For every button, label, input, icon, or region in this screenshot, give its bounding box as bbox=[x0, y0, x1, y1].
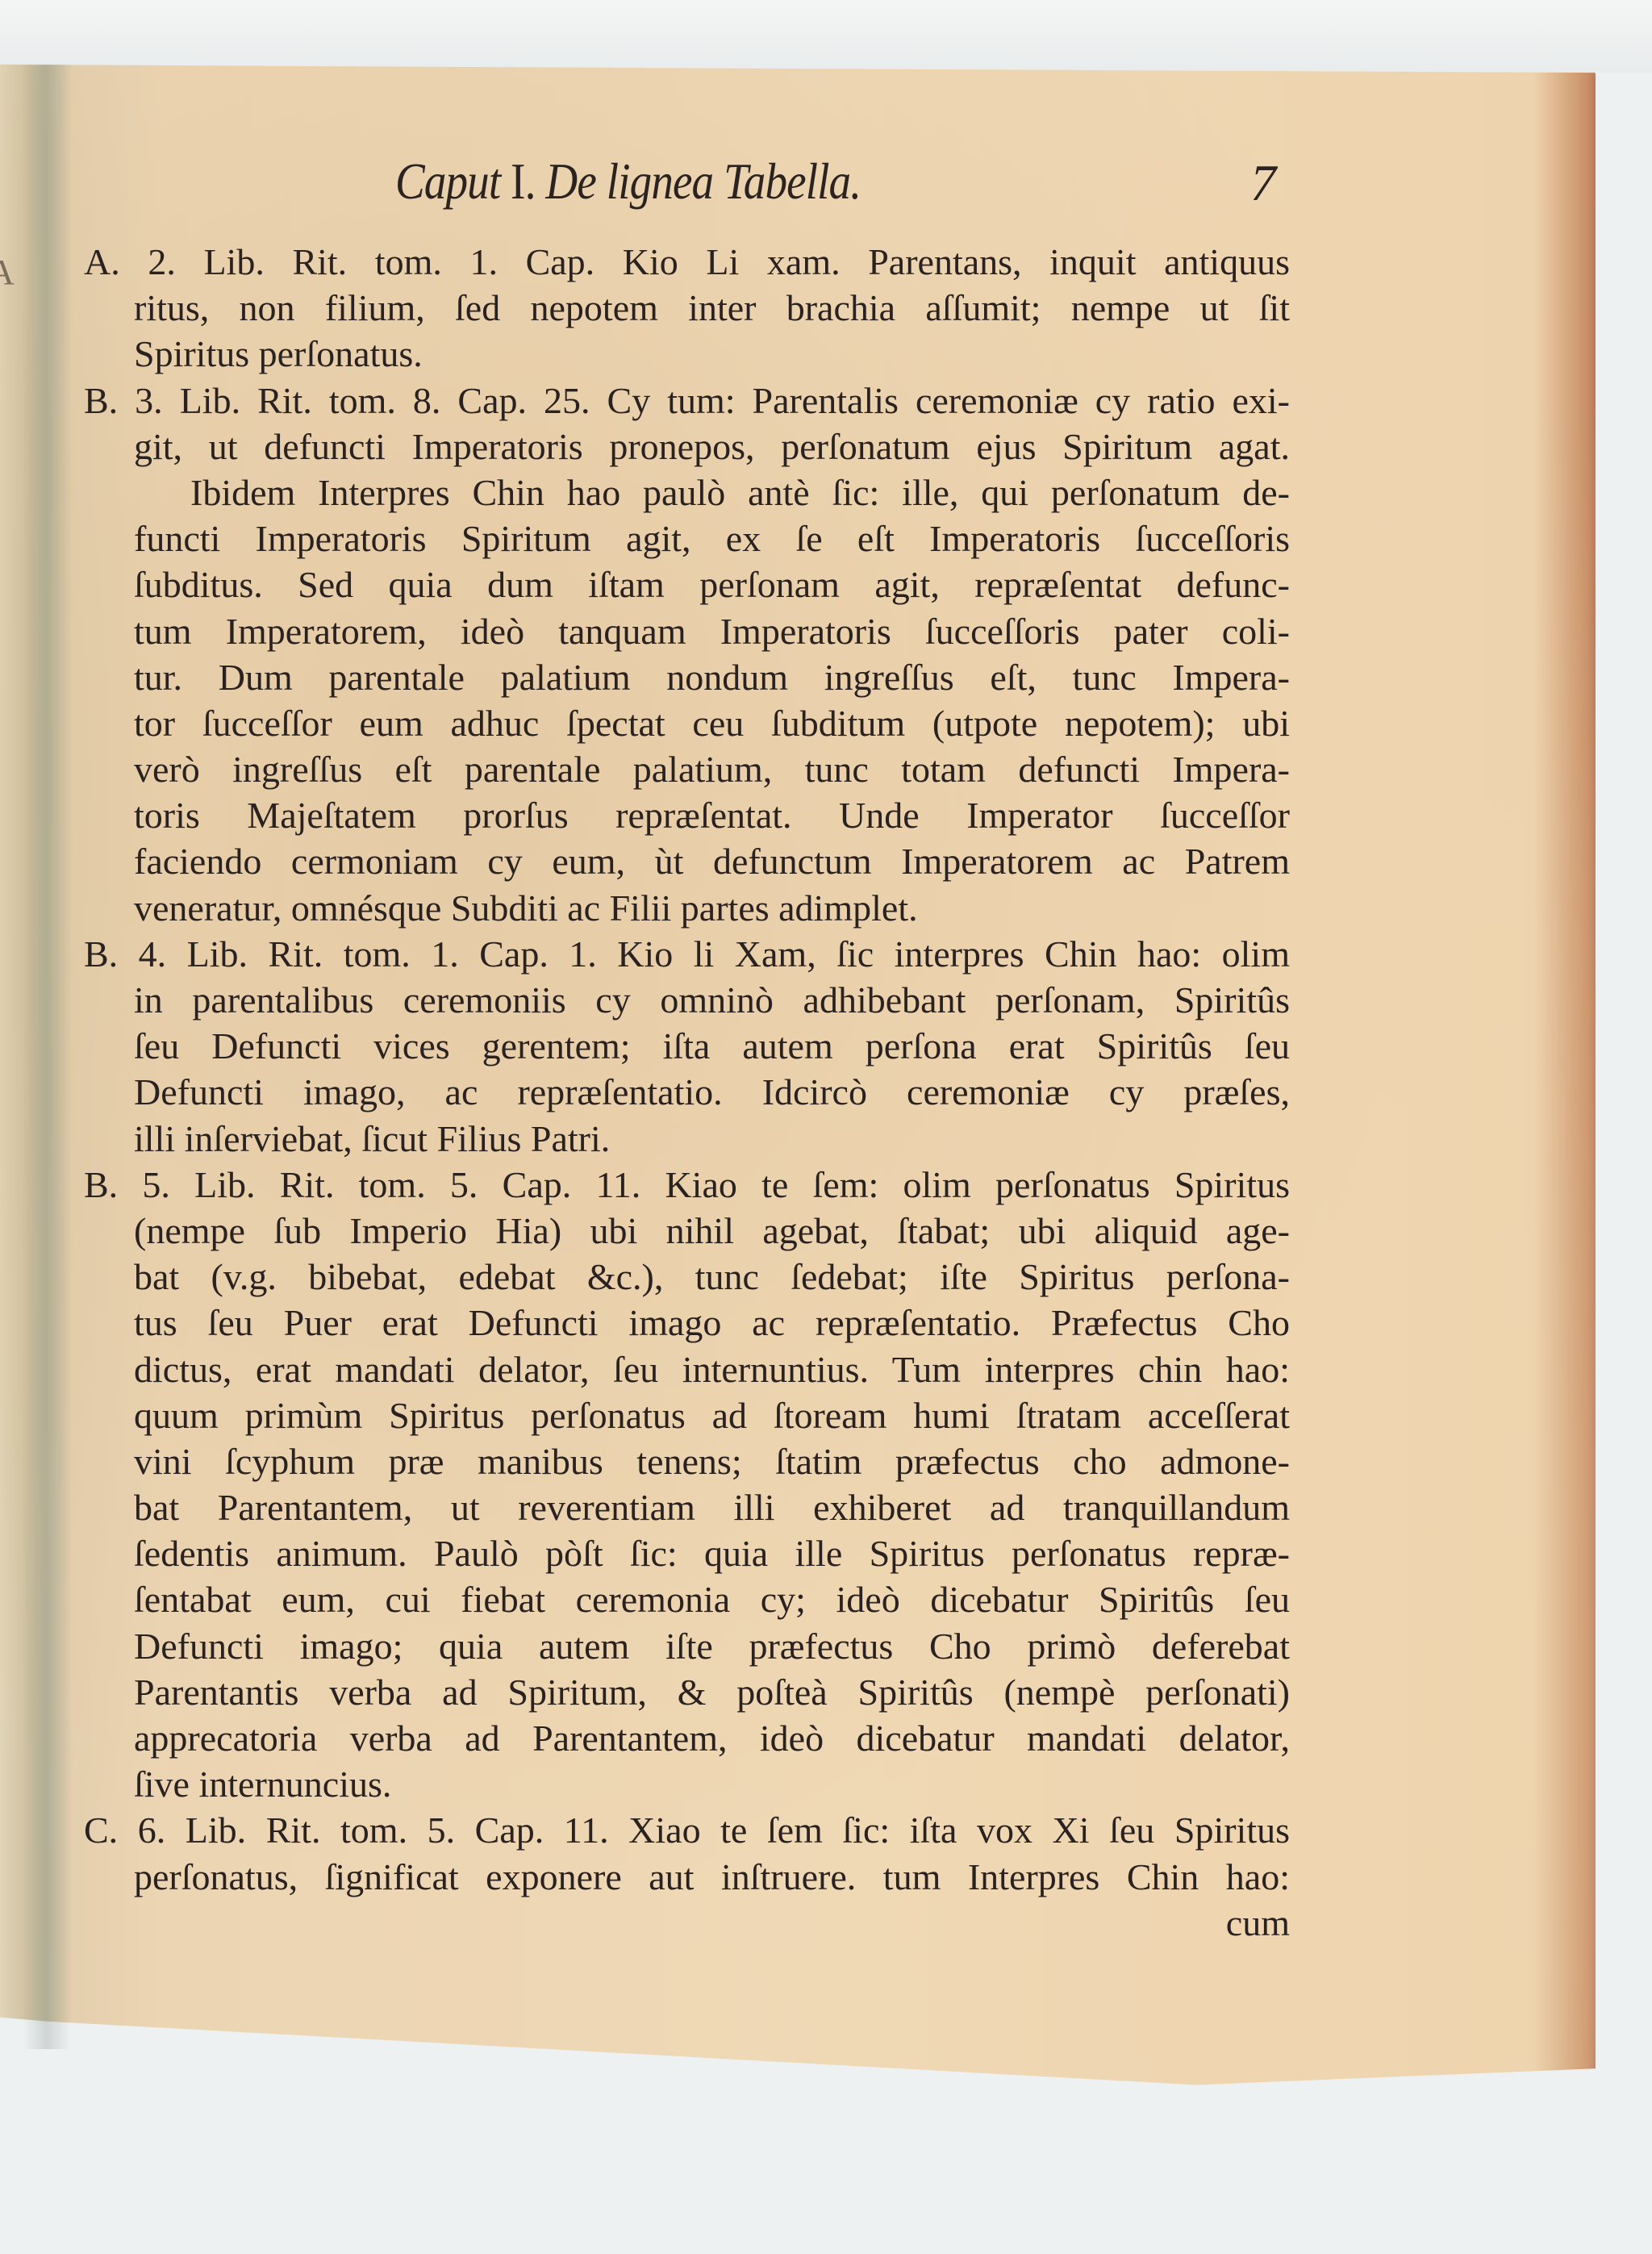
text-line: ritus, non filium, ſed nepotem inter bra… bbox=[84, 285, 1290, 331]
text-line: vini ſcyphum præ manibus tenens; ſtatim … bbox=[84, 1438, 1290, 1484]
text-line: Defuncti imago; quia autem iſte præfectu… bbox=[84, 1623, 1290, 1669]
gutter-shadow bbox=[23, 65, 71, 2049]
text-line: ſentabat eum, cui fiebat ceremonia cy; i… bbox=[84, 1576, 1290, 1622]
text-line: quum primùm Spiritus perſonatus ad ſtore… bbox=[84, 1392, 1290, 1438]
text-line: Parentantis verba ad Spiritum, & poſteà … bbox=[84, 1669, 1290, 1715]
page-number: 7 bbox=[1250, 153, 1276, 213]
text-line: illi inſerviebat, ſicut Filius Patri. bbox=[84, 1116, 1290, 1162]
text-line: tum Imperatorem, ideò tanquam Imperatori… bbox=[84, 608, 1290, 654]
text-line: in parentalibus ceremoniis cy omninò adh… bbox=[84, 977, 1290, 1023]
running-head-prefix: Caput bbox=[395, 152, 500, 210]
text-line: bat (v.g. bibebat, edebat &c.), tunc ſed… bbox=[84, 1254, 1290, 1300]
text-line: git, ut defuncti Imperatoris pronepos, p… bbox=[84, 424, 1290, 470]
text-line: verò ingreſſus eſt parentale palatium, t… bbox=[84, 746, 1290, 792]
text-line: Defuncti imago, ac repræſentatio. Idcirc… bbox=[84, 1069, 1290, 1115]
text-line: toris Majeſtatem prorſus repræſentat. Un… bbox=[84, 792, 1290, 838]
text-line: tus ſeu Puer erat Defuncti imago ac repr… bbox=[84, 1300, 1290, 1346]
text-line: apprecatoria verba ad Parentantem, ideò … bbox=[84, 1715, 1290, 1761]
chapter-numeral: I. bbox=[511, 152, 535, 210]
text-line: Spiritus perſonatus. bbox=[84, 331, 1290, 377]
margin-bleed-letter: I bbox=[0, 390, 1, 432]
text-line: B. 5. Lib. Rit. tom. 5. Cap. 11. Kiao te… bbox=[84, 1162, 1290, 1208]
background-top bbox=[0, 0, 1652, 73]
text-line: ſedentis animum. Paulò pòſt ſic: quia il… bbox=[84, 1530, 1290, 1576]
running-head: Caput I. De lignea Tabella. bbox=[395, 152, 861, 211]
running-head-title: De lignea Tabella. bbox=[545, 152, 861, 210]
text-line: (nempe ſub Imperio Hia) ubi nihil agebat… bbox=[84, 1208, 1290, 1254]
text-line: B. 3. Lib. Rit. tom. 8. Cap. 25. Cy tum:… bbox=[84, 378, 1290, 424]
text-line: A. 2. Lib. Rit. tom. 1. Cap. Kio Li xam.… bbox=[84, 239, 1290, 285]
text-line: functi Imperatoris Spiritum agit, ex ſe … bbox=[84, 515, 1290, 561]
catchword: cum bbox=[84, 1900, 1290, 1946]
margin-bleed-letter: I bbox=[0, 944, 1, 985]
text-line: tur. Dum parentale palatium nondum ingre… bbox=[84, 654, 1290, 700]
text-line: Ibidem Interpres Chin hao paulò antè ſic… bbox=[84, 470, 1290, 515]
text-line: tor ſucceſſor eum adhuc ſpectat ceu ſubd… bbox=[84, 700, 1290, 746]
text-line: dictus, erat mandati delator, ſeu intern… bbox=[84, 1346, 1290, 1392]
text-line: ſubditus. Sed quia dum iſtam perſonam ag… bbox=[84, 561, 1290, 607]
margin-bleed-letter: A bbox=[0, 252, 15, 293]
text-line: ſive internuncius. bbox=[84, 1761, 1290, 1807]
text-line: C. 6. Lib. Rit. tom. 5. Cap. 11. Xiao te… bbox=[84, 1807, 1290, 1853]
text-line: faciendo cermoniam cy eum, ùt defunctum … bbox=[84, 838, 1290, 884]
text-line: veneratur, omnésque Subditi ac Filii par… bbox=[84, 885, 1290, 931]
text-line: B. 4. Lib. Rit. tom. 1. Cap. 1. Kio li X… bbox=[84, 931, 1290, 977]
text-line: bat Parentantem, ut reverentiam illi exh… bbox=[84, 1484, 1290, 1530]
text-line: perſonatus, ſignificat exponere aut inſt… bbox=[84, 1854, 1290, 1900]
body-text: A. 2. Lib. Rit. tom. 1. Cap. Kio Li xam.… bbox=[84, 239, 1290, 1946]
text-line: ſeu Defuncti vices gerentem; iſta autem … bbox=[84, 1023, 1290, 1069]
